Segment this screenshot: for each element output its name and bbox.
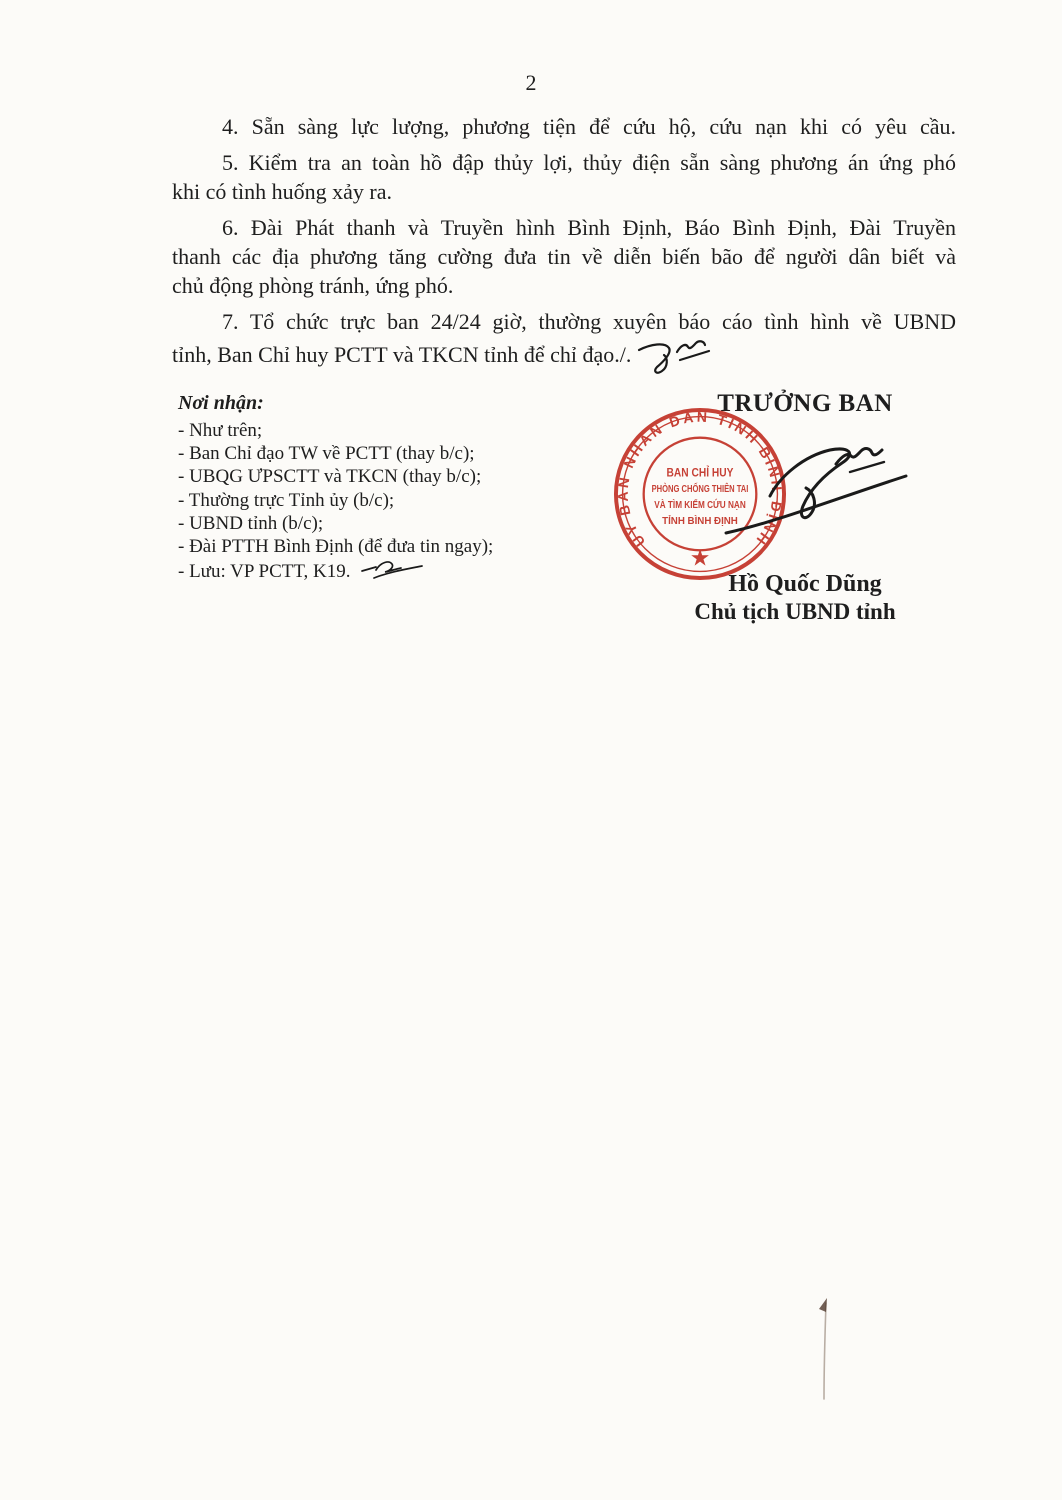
paragraph-line: khi có tình huống xảy ra.	[172, 177, 956, 206]
handwritten-check-icon	[359, 558, 425, 582]
signature-dash	[850, 462, 884, 472]
paragraph-line: thanh các địa phương tăng cường đưa tin …	[172, 242, 956, 271]
signer-name: Hồ Quốc Dũng	[660, 571, 950, 598]
handwritten-signature	[718, 430, 918, 545]
paragraph-line: 7. Tổ chức trực ban 24/24 giờ, thường xu…	[172, 307, 956, 336]
recipients-block: Nơi nhận: - Như trên; - Ban Chỉ đạo TW v…	[178, 392, 598, 583]
paragraph-line: 6. Đài Phát thanh và Truyền hình Bình Đị…	[172, 213, 956, 242]
paragraph-line-text: tỉnh, Ban Chỉ huy PCTT và TKCN tỉnh để c…	[172, 342, 631, 367]
handwritten-initials-icon	[635, 336, 713, 378]
signer-role: Chủ tịch UBND tỉnh	[650, 599, 940, 625]
body-text: 4. Sẵn sàng lực lượng, phương tiện để cứ…	[172, 112, 956, 385]
recipients-heading: Nơi nhận:	[178, 392, 598, 415]
paragraph-6: 6. Đài Phát thanh và Truyền hình Bình Đị…	[172, 213, 956, 300]
document-page: 2 4. Sẵn sàng lực lượng, phương tiện để …	[0, 0, 1062, 1500]
recipient-item-text: - Lưu: VP PCTT, K19.	[178, 561, 351, 582]
recipient-item: - UBND tỉnh (b/c);	[178, 512, 598, 535]
recipient-item: - Ban Chỉ đạo TW về PCTT (thay b/c);	[178, 442, 598, 465]
paragraph-line: 5. Kiểm tra an toàn hồ đập thủy lợi, thủ…	[172, 148, 956, 177]
paragraph-line: 4. Sẵn sàng lực lượng, phương tiện để cứ…	[172, 112, 956, 141]
recipient-item: - Thường trực Tỉnh ủy (b/c);	[178, 489, 598, 512]
recipient-item: - Đài PTTH Bình Định (để đưa tin ngay);	[178, 535, 598, 558]
recipient-item: - Lưu: VP PCTT, K19.	[178, 558, 598, 583]
stamp-star-icon: ★	[690, 545, 711, 570]
paragraph-7: 7. Tổ chức trực ban 24/24 giờ, thường xu…	[172, 307, 956, 378]
scan-artifact-mark	[813, 1293, 839, 1405]
recipient-item: - UBQG ƯPSCTT và TKCN (thay b/c);	[178, 465, 598, 488]
paragraph-4: 4. Sẵn sàng lực lượng, phương tiện để cứ…	[172, 112, 956, 141]
page-number: 2	[0, 70, 1062, 96]
paragraph-5: 5. Kiểm tra an toàn hồ đập thủy lợi, thủ…	[172, 148, 956, 206]
recipient-item: - Như trên;	[178, 419, 598, 442]
paragraph-line: tỉnh, Ban Chỉ huy PCTT và TKCN tỉnh để c…	[172, 336, 956, 378]
paragraph-line: chủ động phòng tránh, ứng phó.	[172, 271, 956, 300]
